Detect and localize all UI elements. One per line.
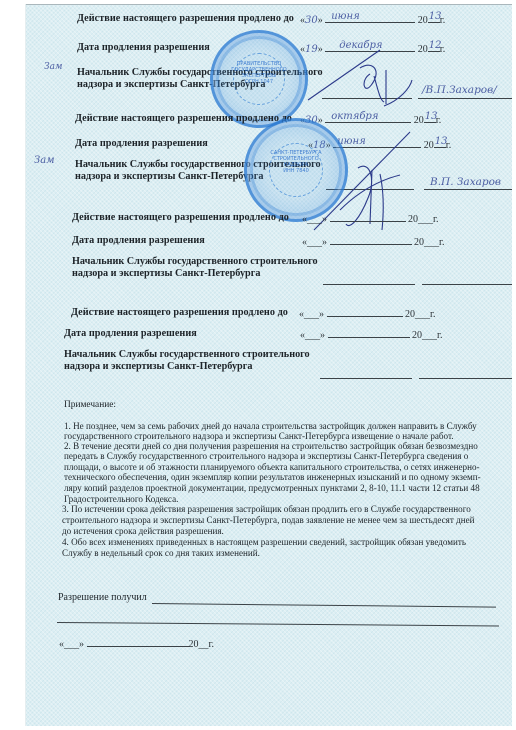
extension-date-label: Дата продления разрешения <box>75 138 208 149</box>
signature-line <box>323 284 415 285</box>
extended-until-day-blank: «___» <box>299 309 324 320</box>
note-line: Градостроительного Кодекса. <box>64 494 178 505</box>
receipt-month-blank <box>87 637 189 647</box>
extension-day-blank: «___» <box>300 330 325 341</box>
note-line: строительного надзора и экспертизы Санкт… <box>62 515 475 526</box>
note-line: 3. По истечении срока действия разрешени… <box>62 504 471 515</box>
deputy-prefix-handwritten: Зам <box>34 155 54 166</box>
extended-until-label: Действие настоящего разрешения продлено … <box>77 13 294 24</box>
extension-day-blank: «___» <box>302 237 327 248</box>
name-line <box>419 378 512 379</box>
note-line: ляру копий разделов проектной документац… <box>64 483 480 494</box>
note-line: до истечения срока действия разрешения. <box>62 526 224 537</box>
name-line <box>418 98 512 99</box>
head-label-line1: Начальник Службы государственного строит… <box>72 256 318 268</box>
signatory-name: В.П. Захаров <box>430 176 501 188</box>
extension-date: «___» 20___г. <box>302 235 444 248</box>
note-line: технического обеспечения, один экземпляр… <box>64 472 481 483</box>
notes-title: Примечание: <box>64 400 116 411</box>
receipt-day-blank: «___» <box>59 639 84 650</box>
signature-line <box>320 378 412 379</box>
head-label-line1: Начальник Службы государственного строит… <box>64 349 310 361</box>
deputy-prefix-handwritten: Зам <box>44 62 62 72</box>
stamp-text: ПРАВИТЕЛЬСТВОГОСУДАРСТВЕННОГОЭКСПЕРТИЗЫО… <box>213 61 305 85</box>
extension-date: «___» 20___г. <box>300 328 442 341</box>
extension-year: 12 <box>429 40 442 51</box>
month-blank <box>330 235 412 245</box>
extended-until-label: Действие настоящего разрешения продлено … <box>71 307 288 318</box>
note-line: 2. В течение десяти дней со дня получени… <box>64 441 478 452</box>
extended-until-label: Действие настоящего разрешения продлено … <box>75 113 292 124</box>
month-blank <box>328 328 410 338</box>
month-blank <box>330 212 406 222</box>
name-line <box>424 189 512 190</box>
receipt-date: «___» 20__г. <box>59 637 214 650</box>
extension-year: 13 <box>435 136 448 147</box>
extension-date-label: Дата продления разрешения <box>77 42 210 53</box>
head-label-line2: надзора и экспертизы Санкт-Петербурга <box>72 268 260 280</box>
note-line: государственного строительного надзора и… <box>64 431 454 442</box>
head-label-line2: надзора и экспертизы Санкт-Петербурга <box>64 361 252 373</box>
extended-until-day-blank: «___» <box>302 214 327 225</box>
extended-until-label: Действие настоящего разрешения продлено … <box>72 212 289 223</box>
extension-date-label: Дата продления разрешения <box>64 328 197 339</box>
note-line: площади, о высоте и об этажности планиру… <box>64 462 480 473</box>
extended-until-day: 30 <box>305 15 318 26</box>
extended-until-date: «30» июня 2013г. <box>300 13 445 26</box>
note-line: передать в Службу государственного строи… <box>64 451 468 462</box>
note-line: 1. Не позднее, чем за семь рабочих дней … <box>64 421 477 432</box>
extension-date-label: Дата продления разрешения <box>72 235 205 246</box>
head-label-line2: надзора и экспертизы Санкт-Петербурга <box>75 171 263 183</box>
extended-until-year: 13 <box>425 111 438 122</box>
sheet-top-edge <box>26 4 512 5</box>
note-line: 4. Обо всех изменениях приведенных в нас… <box>62 537 466 548</box>
extended-until-year: 13 <box>429 11 442 22</box>
name-line <box>422 284 512 285</box>
note-line: Службу в недельный срок со дня таких изм… <box>62 548 260 559</box>
extended-until-date: «___» 20___г. <box>302 212 438 225</box>
handwritten-signature-1 <box>300 40 420 110</box>
permit-received-label: Разрешение получил <box>58 592 147 603</box>
month-blank <box>327 307 403 317</box>
extended-until-date: «___» 20___г. <box>299 307 435 320</box>
signatory-name: /В.П.Захаров/ <box>422 84 497 96</box>
extended-until-month: июня <box>331 11 359 22</box>
